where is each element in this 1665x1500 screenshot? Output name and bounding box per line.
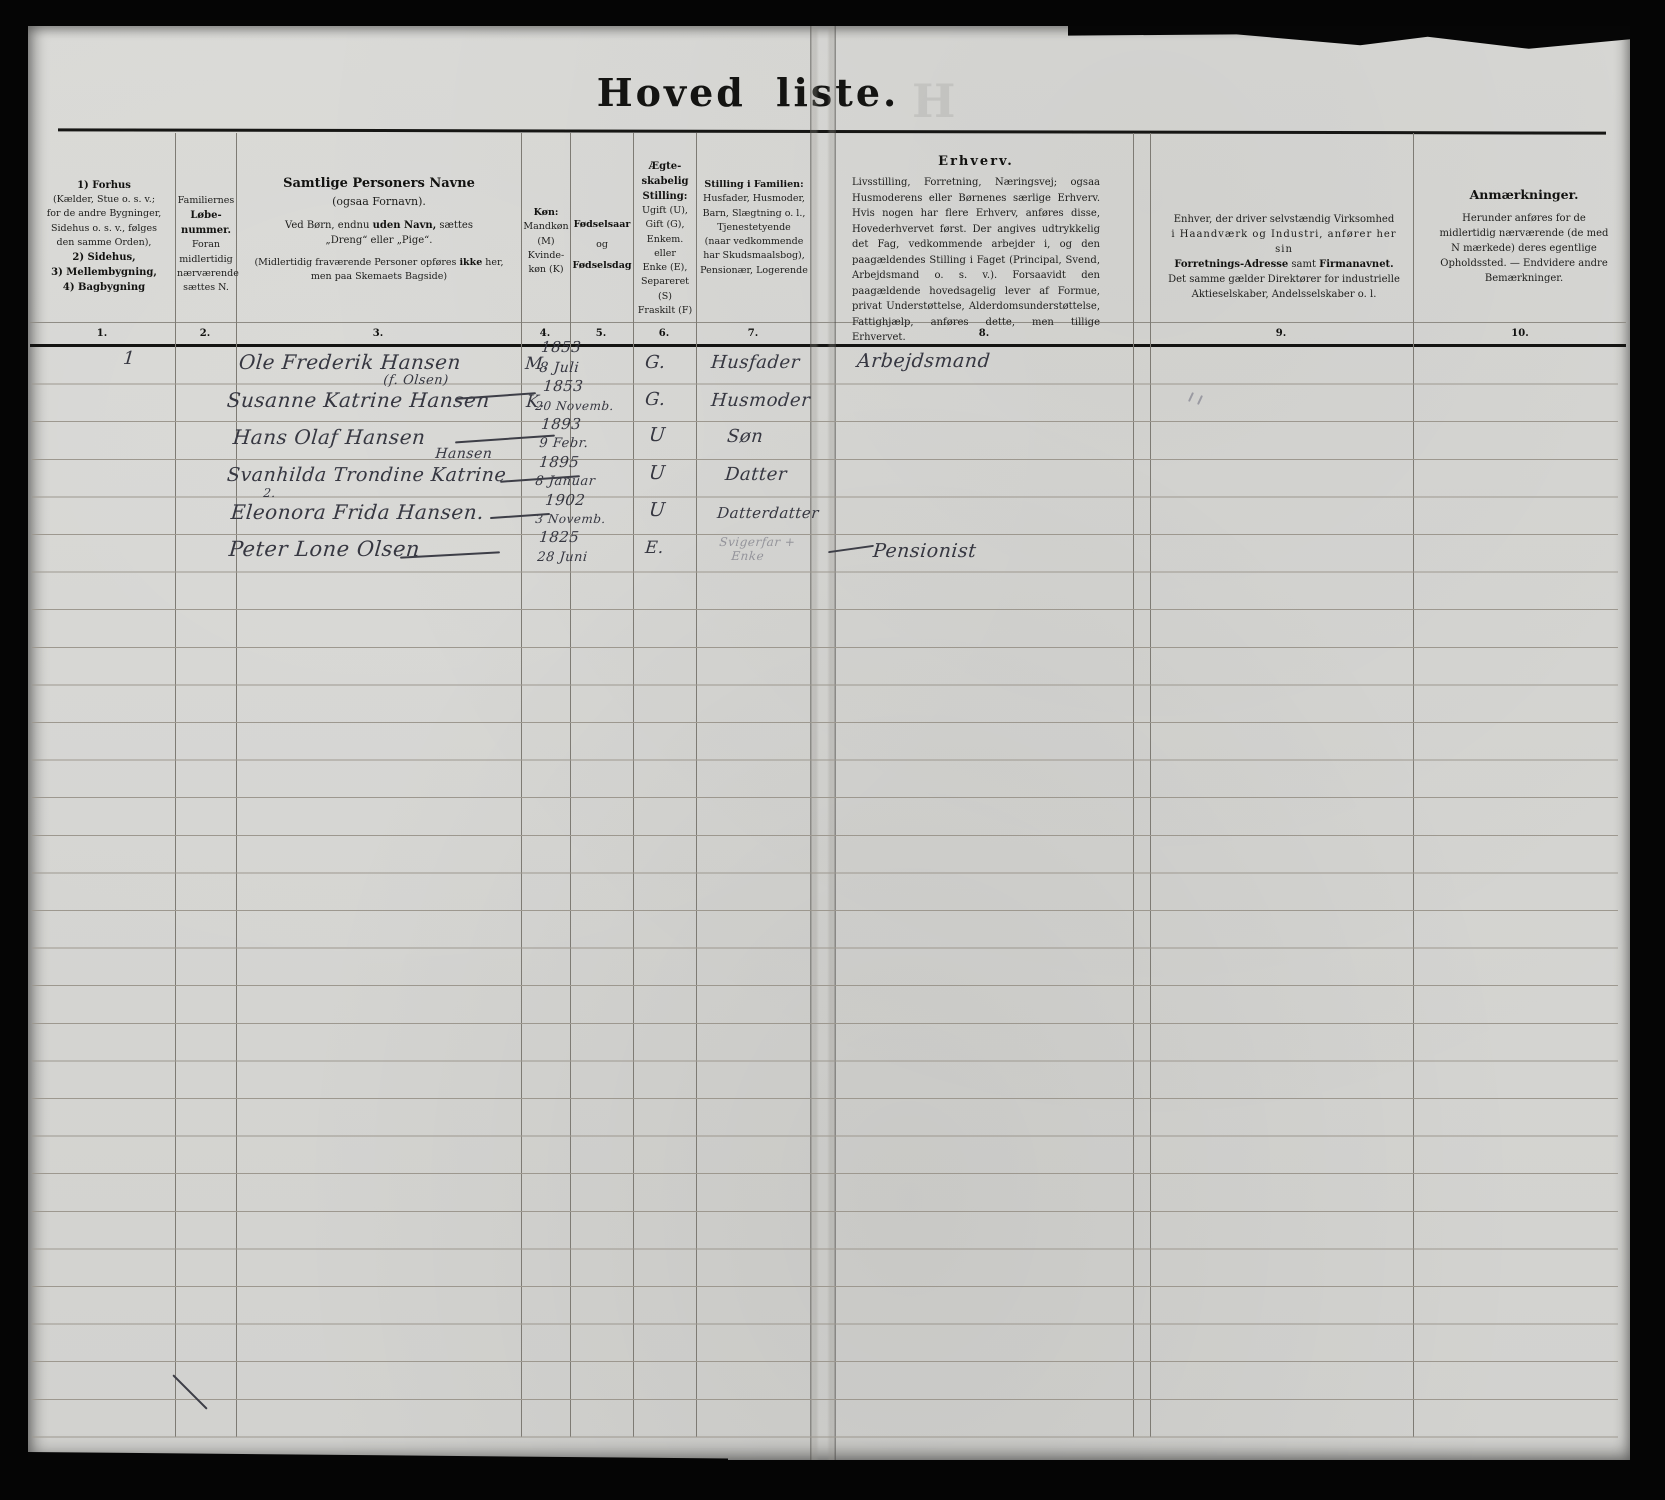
col-number-8: 8. [964,326,1004,341]
page-title: Hoved liste. [568,70,928,115]
row6-occupation: Pensionist [872,540,977,562]
row4-name-note: Hansen [435,446,493,462]
row3-birth-year: 1893 [540,415,582,433]
col-number-1: 1. [82,326,122,341]
col-number-9: 9. [1261,326,1301,341]
header-col3-names: Samtlige Personers Navne (ogsaa Fornavn)… [240,174,518,285]
row5-marital-status: U [648,499,666,521]
census-page: Hoved liste. H 1) Forhus (Kælder, Stue o… [28,26,1630,1460]
col-number-2: 2. [185,326,225,341]
row1-family-position: Husfader [710,352,801,373]
row1-birth-day: 8 Juli [539,360,580,376]
row2-birth-year: 1853 [542,377,584,395]
row4-name: Svanhilda Trondine Katrine [226,464,507,486]
row1-marital-status: G. [644,352,666,373]
row6-family-position: Svigerfar + [719,535,796,549]
page-tear-top-right [1068,26,1630,50]
col-number-3: 3. [358,326,398,341]
header-col7-family-position: Stilling i Familien: Husfader, Husmoder,… [698,178,810,278]
header-col6-marital-status: Ægte- skabelig Stilling: Ugift (U), Gift… [635,159,695,318]
row4-family-position: Datter [724,464,788,485]
row3-marital-status: U [648,424,666,446]
header-col5-birth: Fødselsaar og Fødselsdag [572,218,632,273]
row6-birth-day: 28 Juni [537,550,589,565]
row2-marital-status: G. [644,389,666,410]
row1-name-note: (f. Olsen) [383,373,450,388]
header-col8-occupation: Erhverv. Livsstilling, Forretning, Nærin… [852,154,1100,346]
row2-birth-day: 20 Novemb. [535,399,615,413]
row4-birth-year: 1895 [538,453,580,471]
row2-name: Susanne Katrine Hansen [226,388,491,412]
row6-name: Peter Lone Olsen [228,537,421,561]
header-col4-sex: Køn: Mandkøn (M) Kvinde- køn (K) [523,206,569,277]
page-tear-bottom-left [28,1450,728,1460]
row5-birth-year: 1902 [544,491,586,509]
col-number-6: 6. [644,326,684,341]
row4-marital-status: U [648,462,666,484]
row3-birth-day: 9 Febr. [539,436,589,451]
row1-occupation: Arbejdsmand [856,350,991,372]
row3-family-position: Søn [726,426,764,447]
col-number-7: 7. [733,326,773,341]
col-number-10: 10. [1500,326,1540,341]
row3-name: Hans Olaf Hansen [232,425,427,449]
col-number-5: 5. [581,326,621,341]
row2-family-position: Husmoder [710,390,811,411]
row6-birth-year: 1825 [538,528,580,546]
row6-marital-status: E. [644,538,665,558]
row1-birth-year: 1853 [540,338,582,356]
row5-name-superscript: 2. [263,486,277,500]
header-col1-buildings: 1) Forhus (Kælder, Stue o. s. v.; for de… [36,178,172,295]
header-col9-business: Enhver, der driver selvstændig Virksomhe… [1168,212,1400,302]
row5-family-position: Datterdatter [716,504,819,522]
row1-name: Ole Frederik Hansen [238,350,462,374]
row5-name: Eleonora Frida Hansen. [230,500,485,524]
bleedthrough-letter: H [912,74,955,128]
row6-family-position-note: Enke [731,549,765,563]
row1-house-number: 1 [122,348,136,369]
header-col2-family-number: Familiernes Løbe- nummer. Foran midlerti… [177,194,235,295]
header-col10-remarks: Anmærkninger. Herunder anføres for de mi… [1426,186,1622,286]
scanned-census-spread: Hoved liste. H 1) Forhus (Kælder, Stue o… [0,0,1665,1500]
